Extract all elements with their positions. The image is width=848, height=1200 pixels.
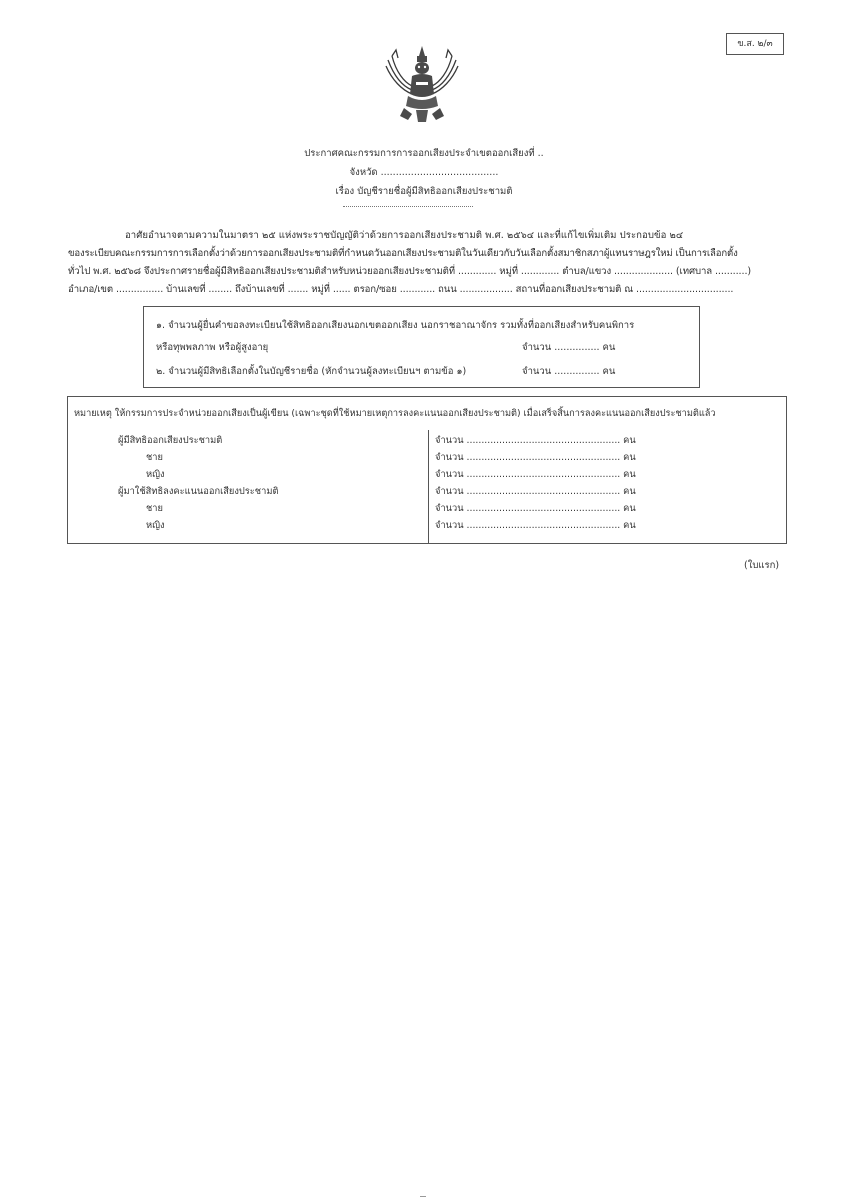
eligible-female-label: หญิง <box>146 467 165 482</box>
eligible-male-label: ชาย <box>146 450 163 465</box>
province-line: จังหวัด ................................… <box>0 165 848 180</box>
eligible-voters-amount: จำนวน ..................................… <box>435 433 636 448</box>
page-indicator: (ใบแรก) <box>744 558 779 573</box>
turnout-female-amount: จำนวน ..................................… <box>435 518 636 533</box>
eligible-male-amount: จำนวน ..................................… <box>435 450 636 465</box>
turnout-male-amount: จำนวน ..................................… <box>435 501 636 516</box>
eligible-voters-label: ผู้มีสิทธิออกเสียงประชามติ <box>118 433 222 448</box>
summary-item-1: ๑. จำนวนผู้ยื่นคำขอลงทะเบียนใช้สิทธิออกเ… <box>156 318 634 333</box>
summary-item-1-amount: จำนวน ............... คน <box>522 340 615 355</box>
summary-box: ๑. จำนวนผู้ยื่นคำขอลงทะเบียนใช้สิทธิออกเ… <box>143 306 700 388</box>
turnout-label: ผู้มาใช้สิทธิลงคะแนนออกเสียงประชามติ <box>118 484 279 499</box>
remarks-note: หมายเหตุ ให้กรรมการประจำหน่วยออกเสียงเป็… <box>74 406 716 421</box>
turnout-amount: จำนวน ..................................… <box>435 484 636 499</box>
turnout-male-label: ชาย <box>146 501 163 516</box>
summary-item-2: ๒. จำนวนผู้มีสิทธิเลือกตั้งในบัญชีรายชื่… <box>156 364 466 379</box>
form-code-label: ข.ส. ๒/๓ <box>726 33 784 55</box>
body-line-1: อาศัยอำนาจตามความในมาตรา ๒๕ แห่งพระราชบั… <box>125 228 841 243</box>
garuda-emblem-icon <box>382 42 462 126</box>
summary-item-2-amount: จำนวน ............... คน <box>522 364 615 379</box>
column-divider <box>428 430 429 543</box>
announcement-title: ประกาศคณะกรรมการการออกเสียงประจำเขตออกเส… <box>0 146 848 161</box>
eligible-female-amount: จำนวน ..................................… <box>435 467 636 482</box>
turnout-female-label: หญิง <box>146 518 165 533</box>
summary-item-1-cont: หรือทุพพลภาพ หรือผู้สูงอายุ <box>156 340 268 355</box>
body-line-4: อำเภอ/เขต ................ บ้านเลขที่ ..… <box>68 282 784 297</box>
body-line-2: ของระเบียบคณะกรรมการการเลือกตั้งว่าด้วยก… <box>68 246 784 261</box>
subject-line: เรื่อง บัญชีรายชื่อผู้มีสิทธิออกเสียงประ… <box>0 184 848 199</box>
bottom-mark <box>420 1196 426 1197</box>
remarks-box: หมายเหตุ ให้กรรมการประจำหน่วยออกเสียงเป็… <box>67 396 787 544</box>
body-line-3: ทั่วไป พ.ศ. ๒๕๖๘ จึงประกาศรายชื่อผู้มีสิ… <box>68 264 784 279</box>
title-divider <box>343 206 473 207</box>
